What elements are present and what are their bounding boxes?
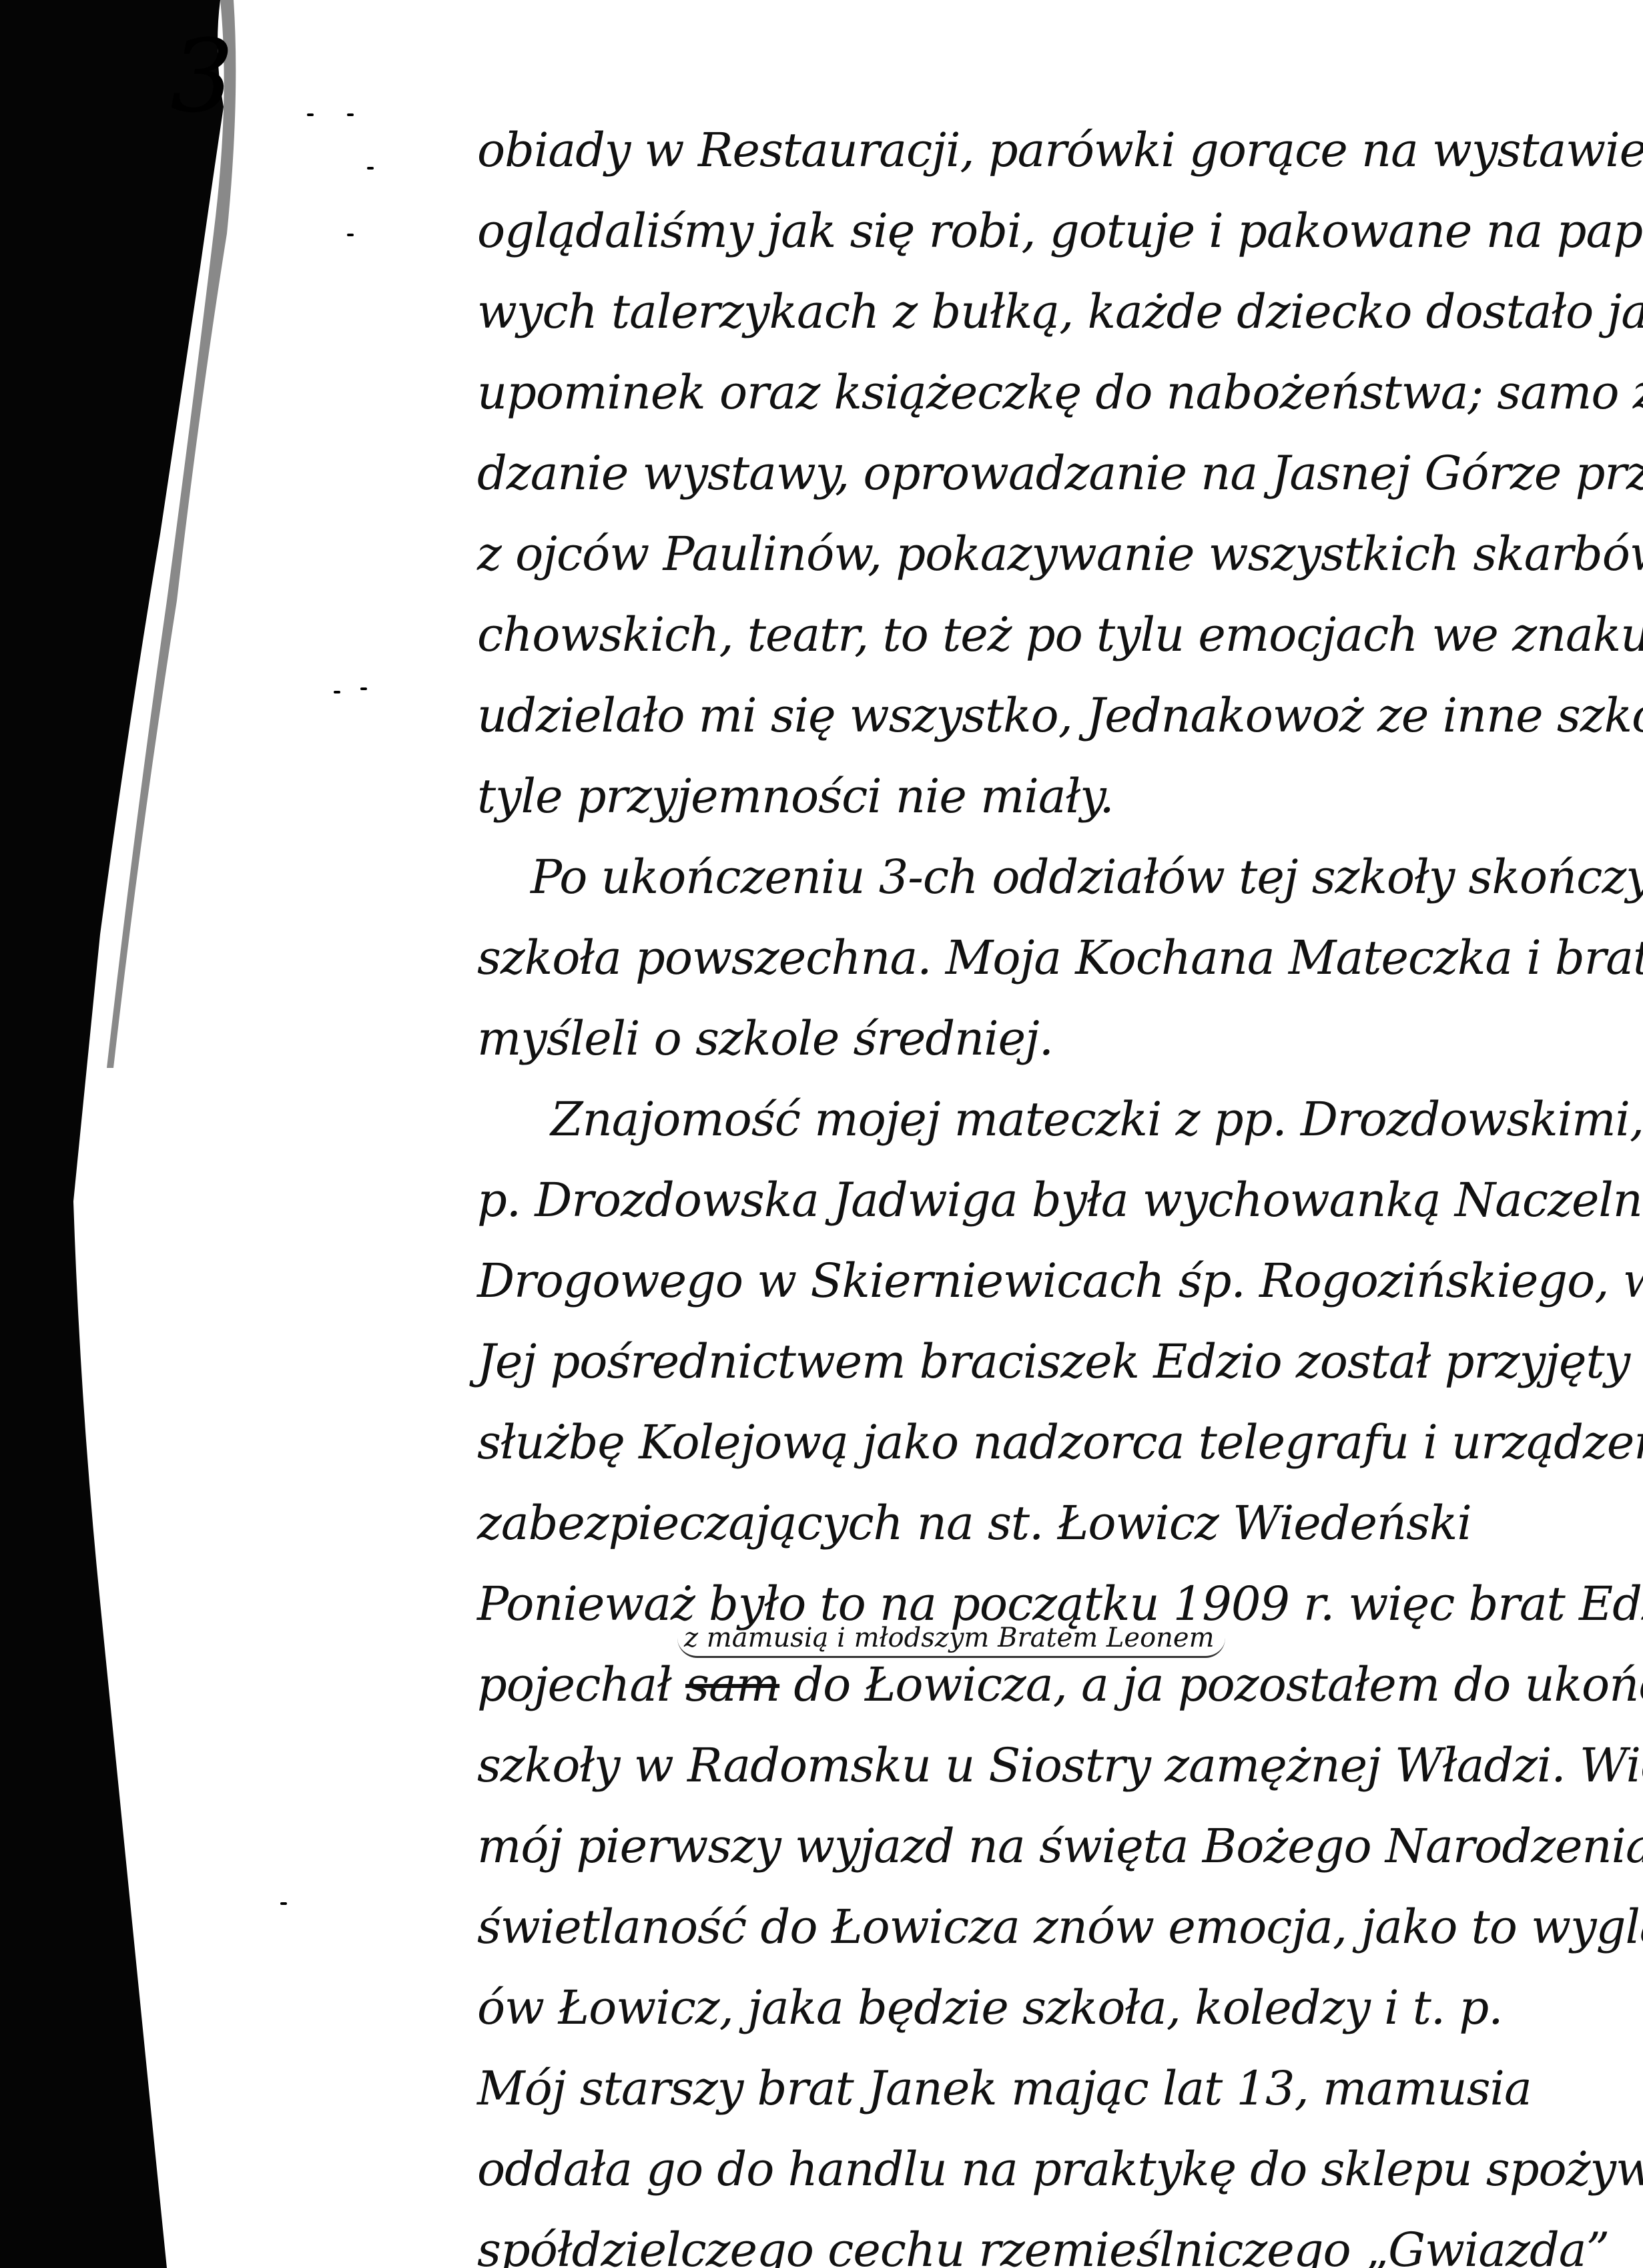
text-line: chowskich, teatr, to też po tylu emocjac… (477, 611, 1643, 658)
text-line: z ojców Paulinów, pokazywanie wszystkich… (477, 531, 1643, 577)
text-line: mój pierwszy wyjazd na święta Bożego Nar… (477, 1823, 1643, 1870)
scan-binding-shadow (0, 0, 240, 2268)
text-line: tyle przyjemności nie miały. (477, 773, 1114, 820)
text-line: szkoła powszechna. Moja Kochana Mateczka… (477, 934, 1643, 981)
text-line: obiady w Restauracji, parówki gorące na … (477, 127, 1643, 174)
text-line: Mój starszy brat Janek mając lat 13, mam… (477, 2065, 1532, 2112)
text-line: Znajomość mojej mateczki z pp. Drozdowsk… (551, 1096, 1643, 1143)
text-line: wych talerzykach z bułką, każde dziecko … (477, 288, 1643, 335)
text-line: dzanie wystawy, oprowadzanie na Jasnej G… (477, 450, 1643, 497)
text-line: ów Łowicz, jaka będzie szkoła, koledzy i… (477, 1984, 1503, 2031)
text-line: upominek oraz książeczkę do nabożeństwa;… (477, 369, 1643, 416)
text-line: Ponieważ było to na początku 1909 r. wię… (477, 1581, 1643, 1627)
margin-dots (294, 0, 494, 2268)
text-line: oddała go do handlu na praktykę do sklep… (477, 2146, 1643, 2193)
text-line: spółdzielczego cechu rzemieślniczego „Gw… (477, 2227, 1609, 2268)
text-line: pojechał sam do Łowicza, a ja pozostałem… (477, 1657, 1643, 1712)
text-line: szkoły w Radomsku u Siostry zamężnej Wła… (477, 1742, 1643, 1789)
text-line: Drogowego w Skierniewicach śp. Rogozińsk… (477, 1257, 1643, 1304)
text-line: zabezpieczających na st. Łowicz Wiedeńsk… (477, 1500, 1471, 1546)
text-line: Jej pośrednictwem braciszek Edzio został… (477, 1338, 1643, 1385)
text-line: myśleli o szkole średniej. (477, 1015, 1053, 1062)
text-line: świetlaność do Łowicza znów emocja, jako… (477, 1904, 1643, 1950)
struck-word: sam (685, 1657, 779, 1712)
text-line: udzielało mi się wszystko, Jednakowoż ze… (477, 692, 1643, 739)
text-line: służbę Kolejową jako nadzorca telegrafu … (477, 1419, 1643, 1466)
page-number: 3 (170, 27, 234, 127)
text-line-with-correction: pojechał sam do Łowicza, a ja pozostałem… (477, 1661, 1643, 1708)
interlinear-insertion: z mamusią i młodszym Bratem Leonem (677, 1623, 1225, 1658)
text-line: Po ukończeniu 3-ch oddziałów tej szkoły … (531, 854, 1643, 900)
text-line: oglądaliśmy jak się robi, gotuje i pakow… (477, 208, 1643, 254)
text-line: p. Drozdowska Jadwiga była wychowanką Na… (477, 1177, 1643, 1223)
